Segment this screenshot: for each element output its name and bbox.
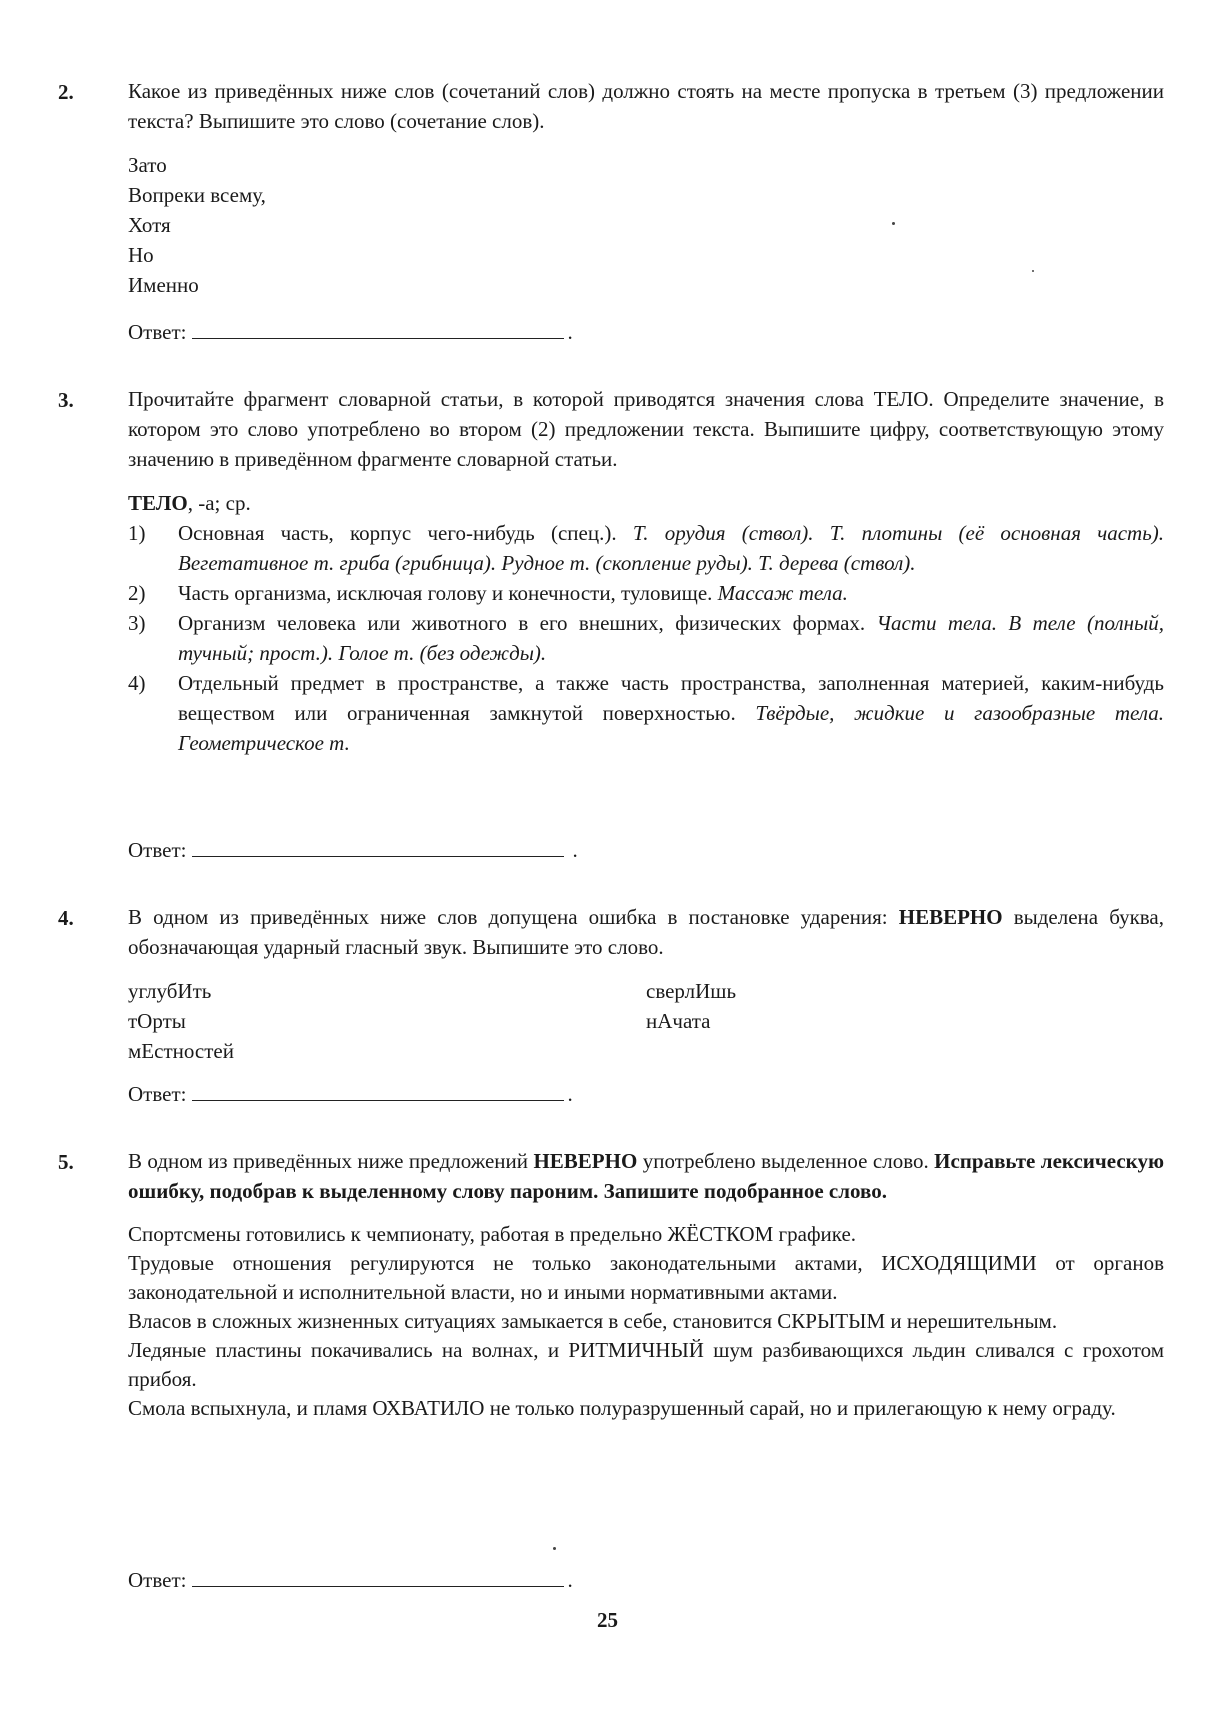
sentence: Трудовые отношения регулируются не тольк… bbox=[128, 1249, 1164, 1307]
task-number: 3. bbox=[58, 388, 74, 413]
option: Но bbox=[128, 240, 1164, 270]
task-5-body: В одном из приведённых ниже предложений … bbox=[128, 1146, 1164, 1423]
word-option: нАчата bbox=[646, 1006, 1164, 1036]
answer-line[interactable] bbox=[192, 836, 564, 857]
definition-4: 4)Отдельный предмет в пространстве, а та… bbox=[128, 668, 1164, 758]
definition-text: Часть организма, исключая голову и конеч… bbox=[178, 581, 718, 605]
option: Хотя bbox=[128, 210, 1164, 240]
options-list: Зато Вопреки всему, Хотя Но Именно bbox=[128, 150, 1164, 300]
answer-line[interactable] bbox=[192, 1566, 564, 1587]
task-question: Прочитайте фрагмент словарной статьи, в … bbox=[128, 384, 1164, 474]
definition-text: Основная часть, корпус чего-нибудь (спец… bbox=[178, 521, 633, 545]
task-number: 4. bbox=[58, 906, 74, 931]
word-column-right: сверлИшь нАчата bbox=[646, 976, 1164, 1066]
answer-line[interactable] bbox=[192, 1080, 564, 1101]
definition-number: 4) bbox=[128, 668, 146, 698]
entry-head: ТЕЛО, -а; ср. bbox=[128, 488, 1164, 518]
task-4-body: В одном из приведённых ниже слов допущен… bbox=[128, 902, 1164, 1066]
scan-speck bbox=[892, 222, 895, 225]
answer-dot: . bbox=[567, 1079, 572, 1109]
definition-text: Организм человека или животного в его вн… bbox=[178, 611, 877, 635]
answer-label: Ответ: bbox=[128, 1565, 186, 1595]
word-column-left: углубИть тОрты мЕстностей bbox=[128, 976, 646, 1066]
word-columns: углубИть тОрты мЕстностей сверлИшь нАчат… bbox=[128, 976, 1164, 1066]
grammar-note: , -а; ср. bbox=[188, 491, 251, 515]
sentence: Ледяные пластины покачивались на волнах,… bbox=[128, 1336, 1164, 1394]
definition-number: 3) bbox=[128, 608, 146, 638]
task-2-body: Какое из приведённых ниже слов (сочетани… bbox=[128, 76, 1164, 300]
definition-1: 1)Основная часть, корпус чего-нибудь (сп… bbox=[128, 518, 1164, 578]
word-option: сверлИшь bbox=[646, 976, 1164, 1006]
option: Зато bbox=[128, 150, 1164, 180]
sentence: Смола вспыхнула, и пламя ОХВАТИЛО не тол… bbox=[128, 1394, 1164, 1423]
definition-3: 3)Организм человека или животного в его … bbox=[128, 608, 1164, 668]
scan-speck bbox=[1032, 270, 1034, 272]
task-number: 2. bbox=[58, 80, 74, 105]
task-question: В одном из приведённых ниже предложений … bbox=[128, 1146, 1164, 1206]
question-text: В одном из приведённых ниже предложений bbox=[128, 1149, 533, 1173]
dictionary-entry: ТЕЛО, -а; ср. 1)Основная часть, корпус ч… bbox=[128, 488, 1164, 758]
answer-field[interactable]: Ответ:. bbox=[128, 317, 573, 347]
definition-number: 1) bbox=[128, 518, 146, 548]
task-number: 5. bbox=[58, 1150, 74, 1175]
answer-dot: . bbox=[572, 835, 577, 865]
option: Вопреки всему, bbox=[128, 180, 1164, 210]
answer-field[interactable]: Ответ:. bbox=[128, 835, 578, 865]
answer-label: Ответ: bbox=[128, 1079, 186, 1109]
word-option: тОрты bbox=[128, 1006, 646, 1036]
question-text: В одном из приведённых ниже слов допущен… bbox=[128, 905, 899, 929]
answer-label: Ответ: bbox=[128, 317, 186, 347]
answer-line[interactable] bbox=[192, 318, 564, 339]
answer-field[interactable]: Ответ:. bbox=[128, 1565, 573, 1595]
headword: ТЕЛО bbox=[128, 491, 188, 515]
word-option: углубИть bbox=[128, 976, 646, 1006]
definition-examples: Массаж тела. bbox=[718, 581, 848, 605]
scan-speck bbox=[553, 1547, 556, 1550]
task-question: Какое из приведённых ниже слов (сочетани… bbox=[128, 76, 1164, 136]
definition-number: 2) bbox=[128, 578, 146, 608]
sentence: Спортсмены готовились к чемпионату, рабо… bbox=[128, 1220, 1164, 1249]
task-3-body: Прочитайте фрагмент словарной статьи, в … bbox=[128, 384, 1164, 758]
sentence: Власов в сложных жизненных ситуациях зам… bbox=[128, 1307, 1164, 1336]
answer-dot: . bbox=[567, 317, 572, 347]
page-number: 25 bbox=[597, 1608, 618, 1633]
answer-dot: . bbox=[567, 1565, 572, 1595]
question-emphasis: НЕВЕРНО bbox=[533, 1149, 637, 1173]
question-emphasis: НЕВЕРНО bbox=[899, 905, 1003, 929]
question-text: употреблено выделенное слово. bbox=[637, 1149, 934, 1173]
sentence-list: Спортсмены готовились к чемпионату, рабо… bbox=[128, 1220, 1164, 1423]
word-option: мЕстностей bbox=[128, 1036, 646, 1066]
answer-label: Ответ: bbox=[128, 835, 186, 865]
option: Именно bbox=[128, 270, 1164, 300]
answer-field[interactable]: Ответ:. bbox=[128, 1079, 573, 1109]
definition-2: 2)Часть организма, исключая голову и кон… bbox=[128, 578, 1164, 608]
task-question: В одном из приведённых ниже слов допущен… bbox=[128, 902, 1164, 962]
